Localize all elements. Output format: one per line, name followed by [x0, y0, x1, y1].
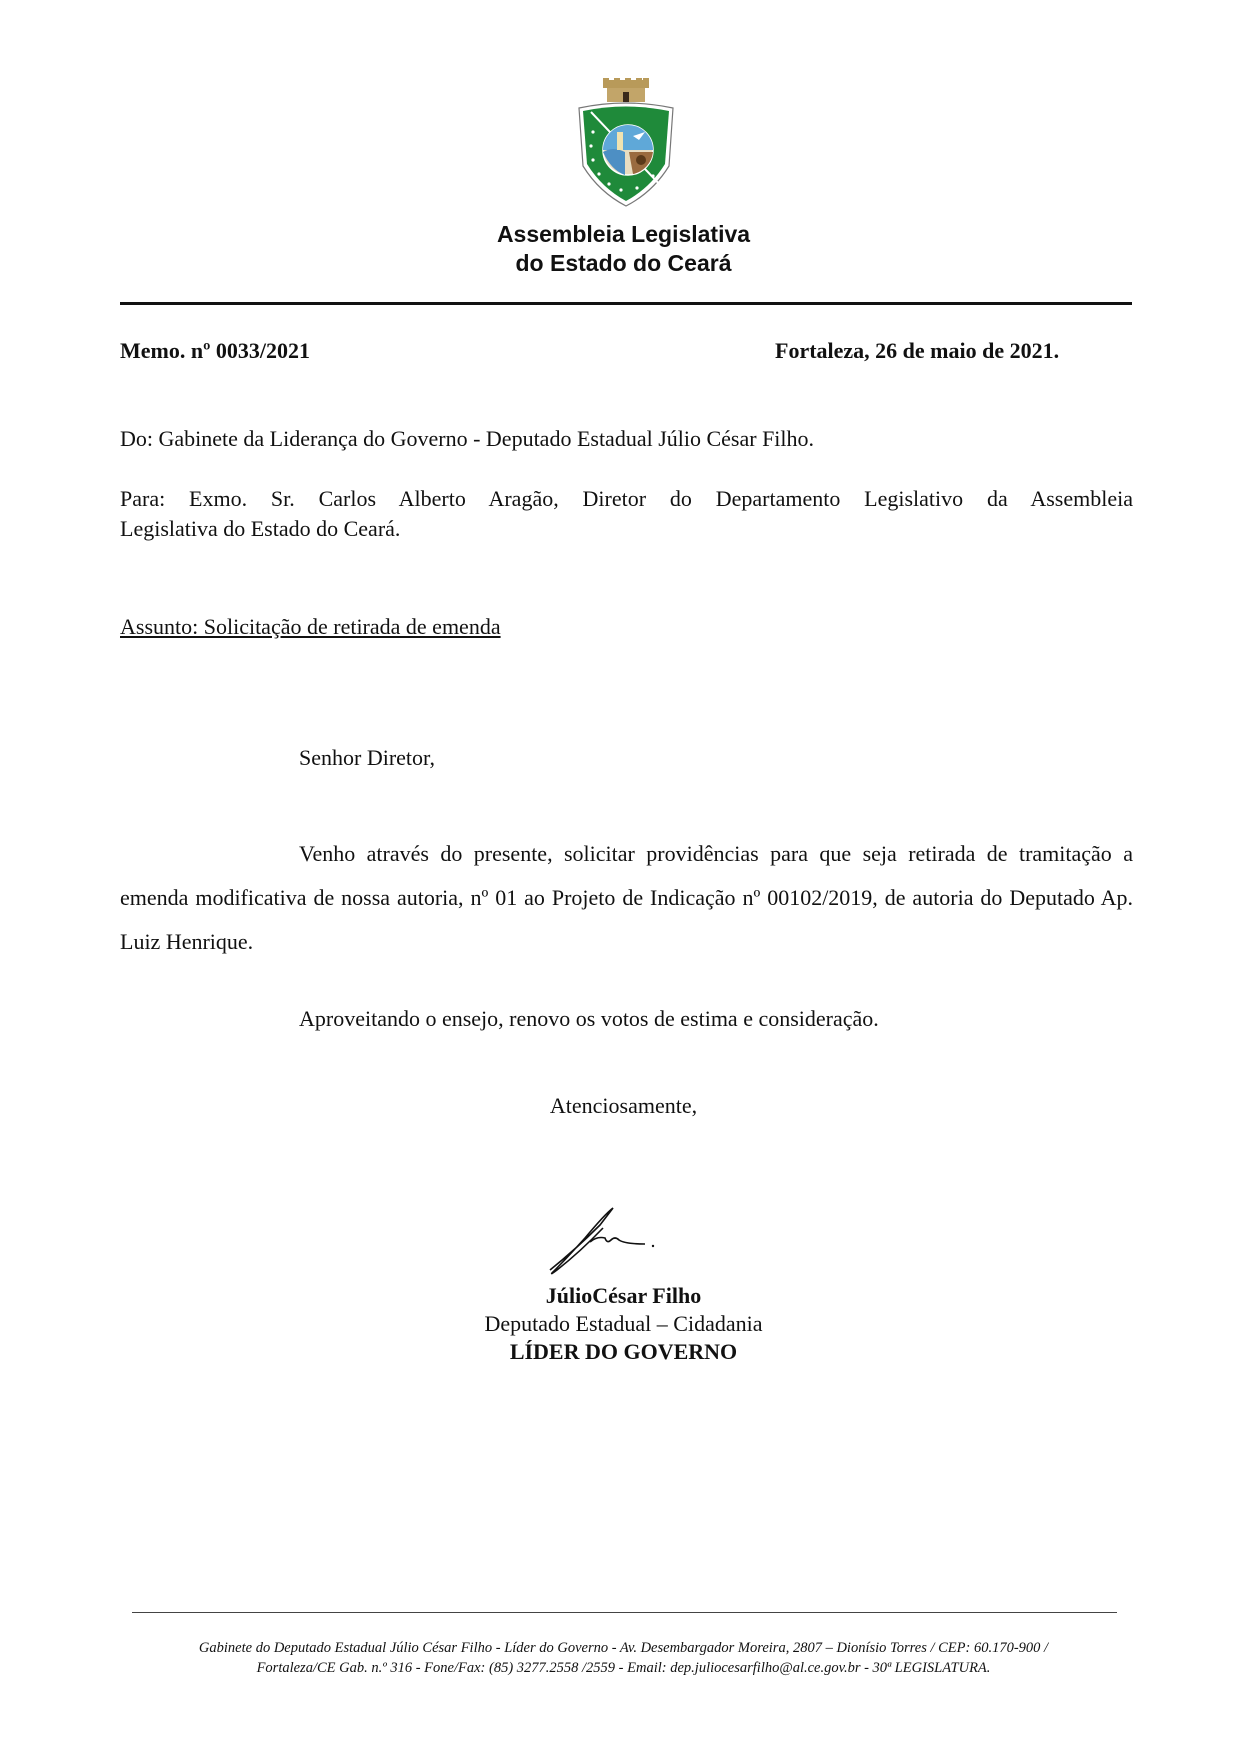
signatory-title: LÍDER DO GOVERNO: [0, 1339, 1247, 1365]
memo-closing: Aproveitando o ensejo, renovo os votos d…: [299, 1006, 879, 1032]
footer-address: Gabinete do Deputado Estadual Júlio Césa…: [0, 1640, 1247, 1657]
footer-contact: Fortaleza/CE Gab. n.º 316 - Fone/Fax: (8…: [0, 1660, 1247, 1677]
memo-page: Assembleia Legislativa do Estado do Cear…: [0, 0, 1247, 1763]
memo-to-line2: Legislativa do Estado do Ceará.: [120, 514, 1133, 544]
signatory-role: Deputado Estadual – Cidadania: [0, 1311, 1247, 1337]
memo-place-date: Fortaleza, 26 de maio de 2021.: [775, 338, 1059, 364]
memo-subject: Assunto: Solicitação de retirada de emen…: [120, 614, 501, 640]
signatory-name: JúlioCésar Filho: [0, 1283, 1247, 1309]
footer-divider: [132, 1612, 1117, 1613]
memo-valediction: Atenciosamente,: [0, 1093, 1247, 1119]
memo-from: Do: Gabinete da Liderança do Governo - D…: [120, 426, 814, 452]
valediction-text: Atenciosamente,: [550, 1093, 697, 1118]
memo-number: Memo. nº 0033/2021: [120, 338, 310, 364]
header-divider: [120, 302, 1132, 305]
organization-name: Assembleia Legislativa: [0, 221, 1247, 248]
coat-of-arms-icon: [573, 78, 679, 210]
memo-to-line1: Para: Exmo. Sr. Carlos Alberto Aragão, D…: [120, 484, 1133, 514]
signature-icon: [545, 1200, 675, 1280]
memo-greeting: Senhor Diretor,: [299, 745, 435, 771]
memo-to: Para: Exmo. Sr. Carlos Alberto Aragão, D…: [120, 484, 1133, 544]
organization-subname: do Estado do Ceará: [0, 250, 1247, 277]
memo-body: Venho através do presente, solicitar pro…: [120, 832, 1133, 964]
